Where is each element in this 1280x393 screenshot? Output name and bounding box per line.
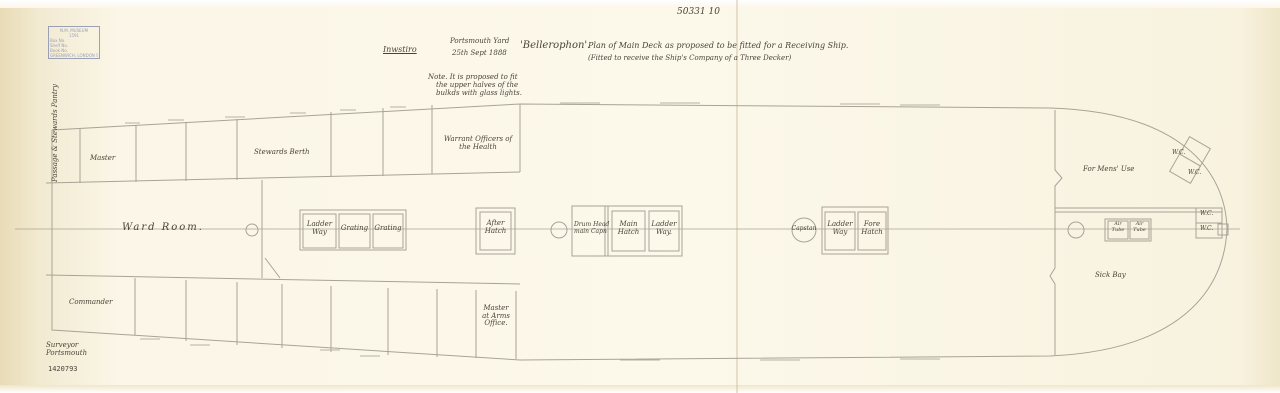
- label-wc: W.C.: [1200, 226, 1213, 233]
- yard-date: 25th Sept 1888: [452, 50, 507, 58]
- label-wc: W.C.: [1188, 170, 1201, 177]
- label-sick-bay: Sick Bay: [1095, 272, 1126, 280]
- label-wc: W.C.: [1200, 211, 1213, 218]
- label-master-at-arms-office: Masterat ArmsOffice.: [478, 305, 514, 328]
- label-commander: Commander: [69, 299, 113, 307]
- signature: Inwstiro: [383, 46, 417, 55]
- top-catalogue-number: 50331 10: [677, 8, 720, 18]
- label-ladder-way: LadderWay: [303, 221, 336, 236]
- label-grating: Grating: [339, 225, 370, 233]
- plan-subtitle: (Fitted to receive the Ship's Company of…: [588, 55, 791, 63]
- label-wc: W.C.: [1172, 150, 1185, 157]
- museum-stamp: N.M. MUSEUM 1591 Box No. Shelf No. Book …: [48, 26, 100, 59]
- mizzen-mast-circle: [246, 224, 258, 236]
- label-drum-head: Drum Headmain Capn: [574, 222, 606, 235]
- fore-mast-circle: [1068, 222, 1084, 238]
- corner-mark: Portsmouth: [46, 350, 87, 358]
- label-master: Master: [90, 155, 115, 163]
- stamp-line: GREENWICH, LONDON S.E.10: [50, 53, 98, 58]
- reference-number: 1420793: [48, 366, 78, 374]
- label-warrant-officers: Warrant Officers ofthe Health: [433, 136, 523, 151]
- label-capstan: Capstan: [790, 226, 818, 233]
- label-after-hatch: AfterHatch: [480, 220, 511, 235]
- label-air-tube: AirTube: [1130, 222, 1149, 233]
- plan-title: Plan of Main Deck as proposed to be fitt…: [588, 42, 848, 51]
- main-mast-circle: [551, 222, 567, 238]
- label-air-tube: AirTube: [1108, 222, 1128, 233]
- label-stewards-berth: Stewards Berth: [254, 149, 310, 157]
- label-fore-hatch: ForeHatch: [858, 221, 886, 236]
- note-line: bulkds with glass lights.: [436, 90, 522, 98]
- label-main-hatch: MainHatch: [612, 221, 645, 236]
- label-ladder-way-fore: LadderWay: [825, 221, 855, 236]
- yard-place: Portsmouth Yard: [450, 38, 509, 46]
- label-ward-room: Ward Room.: [122, 222, 204, 233]
- label-ladder-way-main: LadderWay.: [649, 221, 679, 236]
- ship-name: 'Bellerophon'.: [520, 40, 590, 51]
- label-grating: Grating: [373, 225, 403, 233]
- label-for-mens-use: For Mens' Use: [1083, 166, 1134, 174]
